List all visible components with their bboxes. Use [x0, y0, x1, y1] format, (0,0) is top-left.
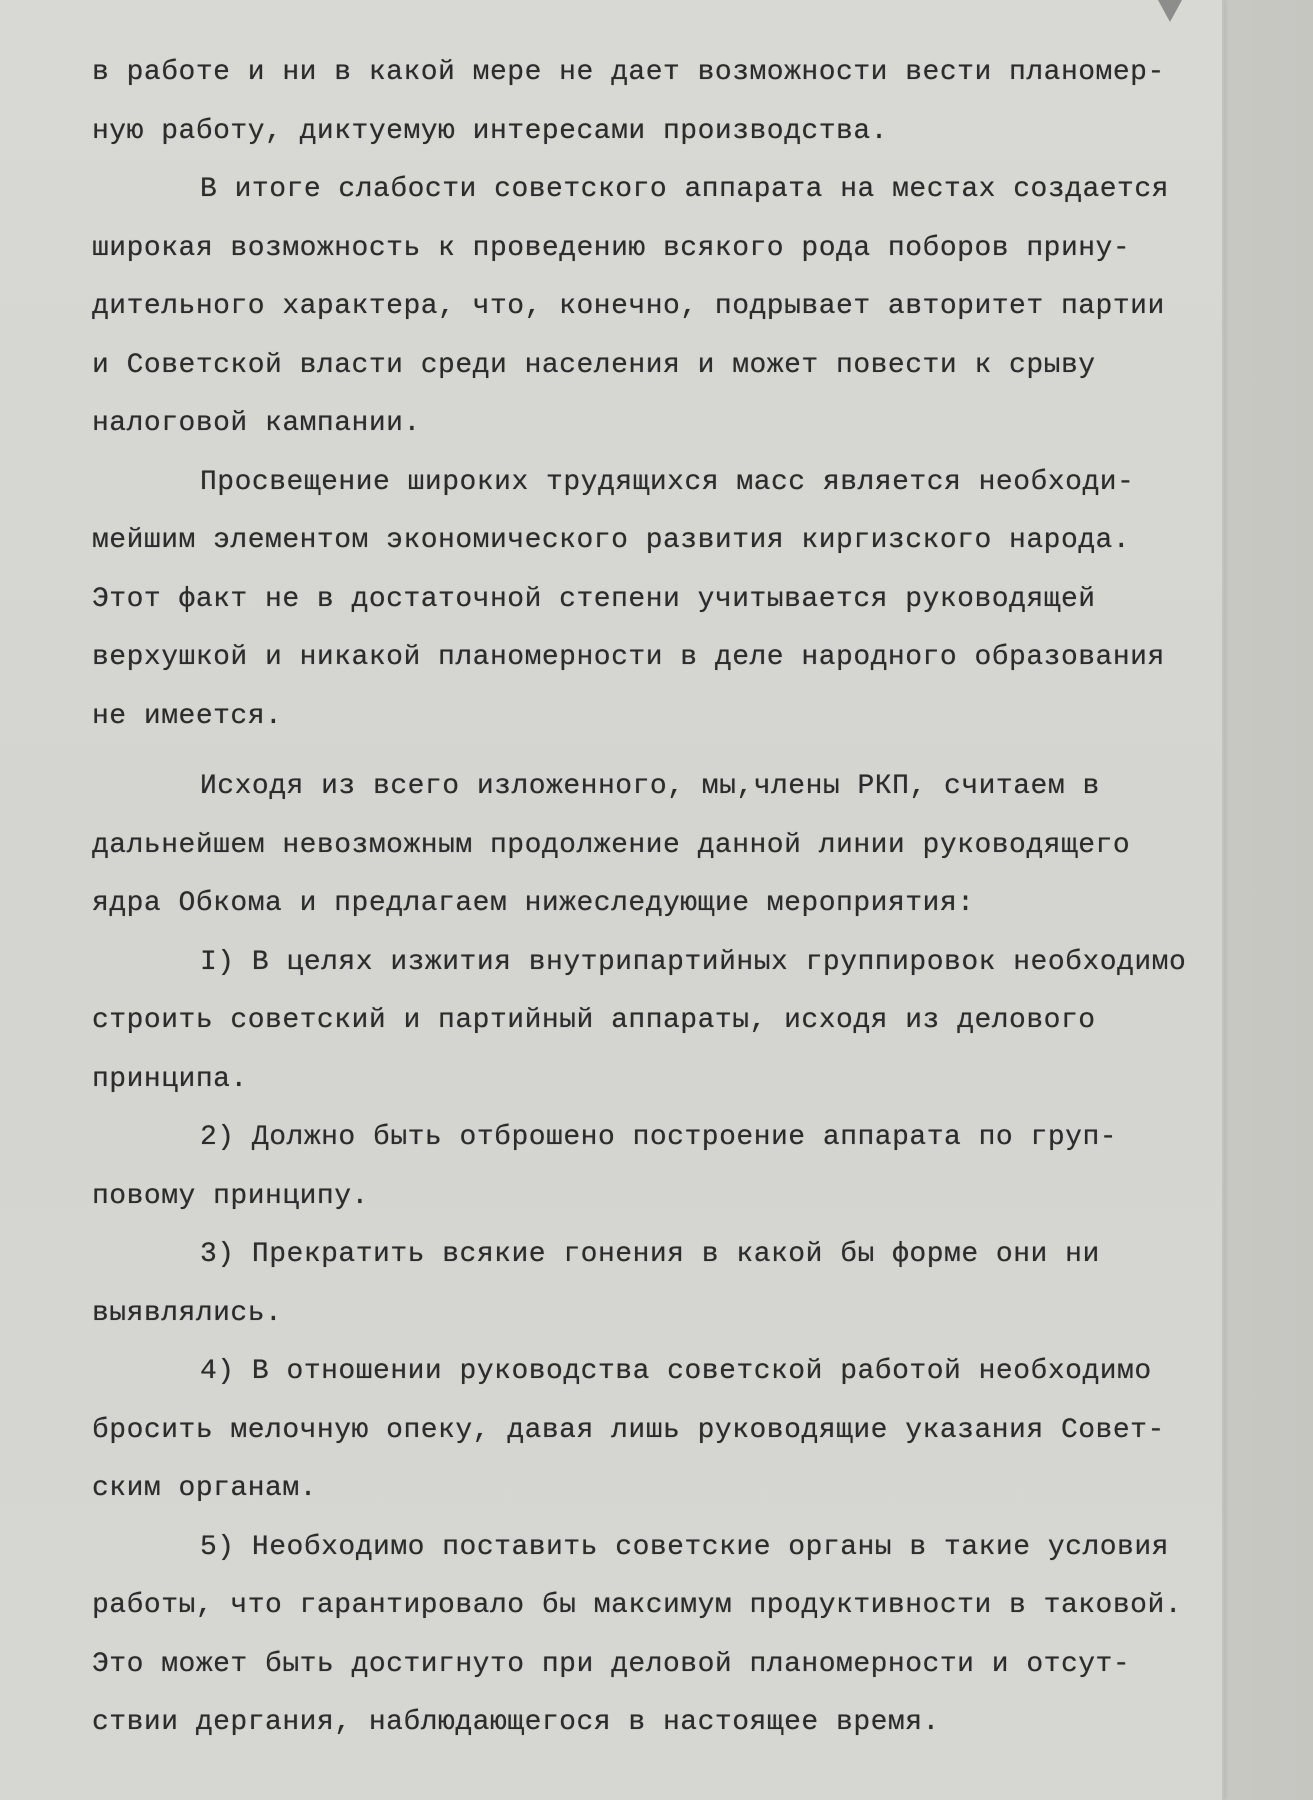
text-line: дительного характера, что, конечно, подр…: [92, 278, 1222, 337]
text-line: мейшим элементом экономического развития…: [92, 512, 1222, 571]
text-line: Просвещение широких трудящихся масс явля…: [92, 454, 1222, 513]
text-line: 5) Необходимо поставить советские органы…: [92, 1519, 1222, 1578]
text-line: строить советский и партийный аппараты, …: [92, 992, 1222, 1051]
text-line: широкая возможность к проведению всякого…: [92, 220, 1222, 279]
paragraph: I) В целях изжития внутрипартийных групп…: [92, 934, 1222, 1110]
text-line: I) В целях изжития внутрипартийных групп…: [92, 934, 1222, 993]
text-line: выявлялись.: [92, 1285, 1222, 1344]
corner-mark: [1158, 0, 1182, 22]
paragraph: Просвещение широких трудящихся масс явля…: [92, 454, 1222, 747]
text-line: не имеется.: [92, 688, 1222, 747]
paragraph: Исходя из всего изложенного, мы,члены РК…: [92, 758, 1222, 934]
text-line: ядра Обкома и предлагаем нижеследующие м…: [92, 875, 1222, 934]
text-line: налоговой кампании.: [92, 395, 1222, 454]
text-line: Исходя из всего изложенного, мы,члены РК…: [92, 758, 1222, 817]
text-line: Этот факт не в достаточной степени учиты…: [92, 571, 1222, 630]
paragraph: В итоге слабости советского аппарата на …: [92, 161, 1222, 454]
text-line: бросить мелочную опеку, давая лишь руков…: [92, 1402, 1222, 1461]
paragraph: 5) Необходимо поставить советские органы…: [92, 1519, 1222, 1753]
paragraph: 2) Должно быть отброшено построение аппа…: [92, 1109, 1222, 1226]
text-line: 3) Прекратить всякие гонения в какой бы …: [92, 1226, 1222, 1285]
text-line: и Советской власти среди населения и мож…: [92, 337, 1222, 396]
document-body: в работе и ни в какой мере не дает возмо…: [92, 44, 1222, 1753]
text-line: принципа.: [92, 1051, 1222, 1110]
text-line: ским органам.: [92, 1460, 1222, 1519]
text-line: ную работу, диктуемую интересами произво…: [92, 103, 1222, 162]
text-line: повому принципу.: [92, 1168, 1222, 1227]
text-line: дальнейшем невозможным продолжение данно…: [92, 817, 1222, 876]
text-line: Это может быть достигнуто при деловой пл…: [92, 1636, 1222, 1695]
paragraph: 3) Прекратить всякие гонения в какой бы …: [92, 1226, 1222, 1343]
text-line: 4) В отношении руководства советской раб…: [92, 1343, 1222, 1402]
text-line: верхушкой и никакой планомерности в деле…: [92, 629, 1222, 688]
text-line: 2) Должно быть отброшено построение аппа…: [92, 1109, 1222, 1168]
text-line: ствии дергания, наблюдающегося в настоящ…: [92, 1694, 1222, 1753]
spacer: [92, 746, 1222, 758]
text-line: В итоге слабости советского аппарата на …: [92, 161, 1222, 220]
paragraph: 4) В отношении руководства советской раб…: [92, 1343, 1222, 1519]
text-line: работы, что гарантировало бы максимум пр…: [92, 1577, 1222, 1636]
paragraph: в работе и ни в какой мере не дает возмо…: [92, 44, 1222, 161]
text-line: в работе и ни в какой мере не дает возмо…: [92, 44, 1222, 103]
